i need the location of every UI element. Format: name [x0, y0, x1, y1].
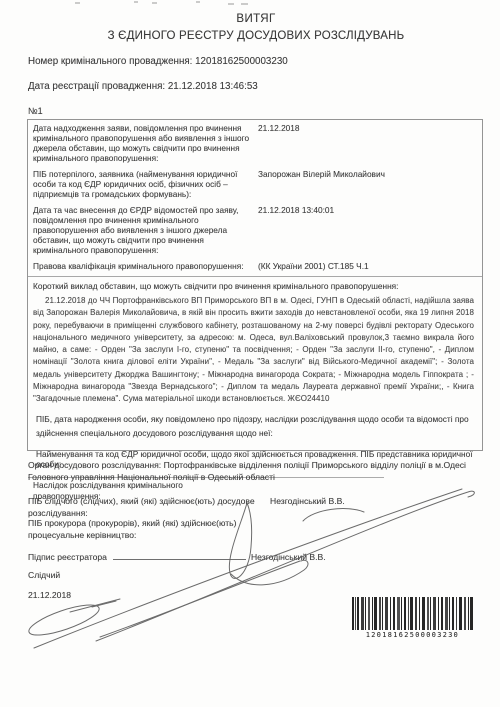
summary-heading: Короткий виклад обставин, що можуть свід…	[33, 281, 474, 291]
row-label: ПІБ потерпілого, заявника (найменування …	[33, 169, 258, 199]
scan-noise	[228, 3, 234, 5]
registrar-name: Незгодінський В.В.	[251, 552, 326, 562]
signature-line	[113, 550, 246, 560]
row-value: 21.12.2018 13:40:01	[258, 205, 474, 255]
record-table: Дата надходження заяви, повідомлення про…	[27, 119, 483, 451]
row-label: Дата надходження заяви, повідомлення про…	[33, 123, 258, 163]
investigator-name: Незгодінський В.В.	[270, 496, 345, 519]
row-label: Дата та час внесення до ЄРДР відомостей …	[33, 205, 258, 255]
summary-paragraph: 21.12.2018 до ЧЧ Портофранківського ВП П…	[33, 295, 474, 406]
registration-date-line: Дата реєстрації провадження: 21.12.2018 …	[28, 81, 258, 92]
registrar-label: Підпис реєстратора	[28, 552, 107, 562]
scanned-document-page: ВИТЯГ З ЄДИНОГО РЕЄСТРУ ДОСУДОВИХ РОЗСЛІ…	[0, 0, 500, 707]
investigation-authority-text: Орган досудового розслідування: Портофра…	[28, 459, 474, 483]
table-row: Дата та час внесення до ЄРДР відомостей …	[33, 205, 474, 255]
scan-noise	[241, 3, 248, 5]
case-number-line: Номер кримінального провадження: 1201816…	[28, 56, 288, 67]
record-index: №1	[28, 106, 43, 116]
scan-noise	[196, 1, 200, 3]
signing-date: 21.12.2018	[28, 590, 71, 600]
scan-noise	[75, 2, 80, 4]
barcode-number: 12018162500003230	[352, 631, 473, 639]
table-separator	[28, 276, 482, 277]
row-value: Запорожан Вілерій Миколайович	[258, 169, 474, 199]
scan-noise	[134, 1, 138, 3]
registrar-signature-row: Підпис реєстратораНезгодінський В.В.	[28, 550, 326, 562]
suspect-section-label: ПІБ, дата народження особи, яку повідомл…	[33, 412, 474, 441]
row-label: Правова кваліфікація кримінального право…	[33, 261, 258, 271]
prosecutor-label: ПІБ прокурора (прокурорів), який (які) з…	[28, 518, 253, 541]
row-value: 21.12.2018	[258, 123, 474, 163]
document-subtitle: З ЄДИНОГО РЕЄСТРУ ДОСУДОВИХ РОЗСЛІДУВАНЬ	[0, 30, 500, 42]
investigator-row: ПІБ слідчого (слідчих), який (які) здійс…	[28, 496, 345, 519]
table-row: Правова кваліфікація кримінального право…	[33, 261, 474, 271]
document-title: ВИТЯГ	[0, 13, 500, 25]
table-row: ПІБ потерпілого, заявника (найменування …	[33, 169, 474, 199]
barcode-bars	[352, 597, 473, 630]
investigator-label: ПІБ слідчого (слідчих), який (які) здійс…	[28, 496, 270, 519]
table-row: Дата надходження заяви, повідомлення про…	[33, 123, 474, 163]
barcode: 12018162500003230	[352, 597, 473, 639]
scan-noise	[152, 2, 157, 4]
prosecutor-row: ПІБ прокурора (прокурорів), який (які) з…	[28, 518, 253, 541]
signer-role: Слідчий	[28, 570, 60, 580]
row-value: (КК України 2001) СТ.185 Ч.1	[258, 261, 474, 271]
